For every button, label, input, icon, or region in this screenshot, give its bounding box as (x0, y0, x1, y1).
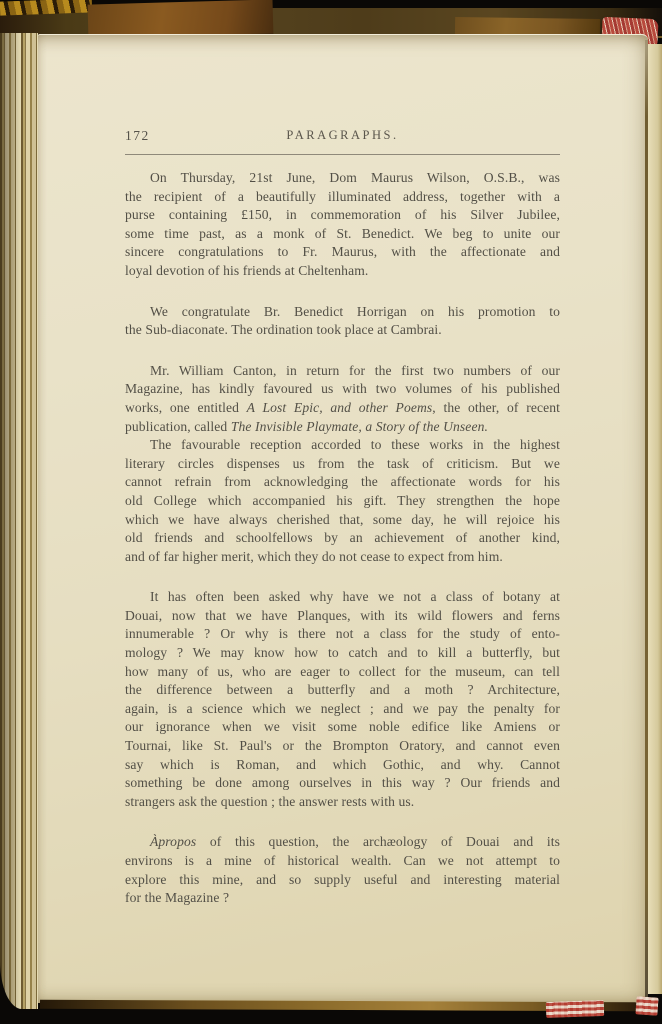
checkered-ribbon-corner (635, 996, 658, 1015)
text-segment: publication, called (125, 419, 231, 434)
text-line: loyal devotion of his friends at Chelten… (125, 262, 560, 281)
text-line: the Sub-diaconate. The ordination took p… (125, 321, 560, 340)
text-segment: of this question, the archæology of Doua… (196, 834, 560, 849)
text-line: Douai, now that we have Planques, with i… (125, 607, 560, 626)
printed-area: 172 PARAGRAPHS. On Thursday, 21st June, … (38, 35, 648, 908)
book-page: 172 PARAGRAPHS. On Thursday, 21st June, … (38, 34, 648, 1003)
text-line: again, is a science which we neglect ; a… (125, 700, 560, 719)
text-line: On Thursday, 21st June, Dom Maurus Wilso… (125, 169, 560, 188)
text-segment: and of far higher merit, which they do n… (125, 549, 503, 564)
text-line: for the Magazine ? (125, 889, 560, 908)
text-line: the recipient of a beautifully illuminat… (125, 188, 560, 207)
text-line: cannot refrain from acknowledging the af… (125, 473, 560, 492)
paragraph: The favourable reception accorded to the… (125, 436, 560, 566)
paragraph: Àpropos of this question, the archæology… (125, 833, 560, 907)
text-line: say which is Roman, and which Gothic, an… (125, 756, 560, 775)
text-segment: Douai, now that we have Planques, with i… (125, 608, 560, 623)
text-segment: sincere congratulations to Fr. Maurus, w… (125, 244, 560, 259)
paragraph: On Thursday, 21st June, Dom Maurus Wilso… (125, 169, 560, 281)
text-line: old College which accompanied his gift. … (125, 492, 560, 511)
running-header: PARAGRAPHS. (125, 128, 560, 143)
paragraph: It has often been asked why have we not … (125, 588, 560, 811)
text-segment: the Sub-diaconate. The ordination took p… (125, 322, 442, 337)
text-segment: It has often been asked why have we not … (150, 589, 560, 604)
text-line: We congratulate Br. Benedict Horrigan on… (125, 303, 560, 322)
text-line: sincere congratulations to Fr. Maurus, w… (125, 243, 560, 262)
text-segment: works, one entitled (125, 400, 247, 415)
text-segment: our ignorance when we visit some noble e… (125, 719, 560, 734)
text-segment: literary circles dispenses us from the t… (125, 456, 560, 471)
text-segment: purse containing £150, in commemoration … (125, 207, 560, 222)
stacked-page-edges-left (0, 33, 38, 1009)
text-line: Mr. William Canton, in return for the fi… (125, 362, 560, 381)
text-segment: , the other, of recent (432, 400, 560, 415)
text-segment: environs is a mine of historical wealth.… (125, 853, 560, 868)
text-segment: Mr. William Canton, in return for the fi… (150, 363, 560, 378)
text-line: literary circles dispenses us from the t… (125, 455, 560, 474)
text-line: the difference between a butterfly and a… (125, 681, 560, 700)
text-segment: some time past, as a monk of St. Benedic… (125, 226, 560, 241)
text-line: strangers ask the question ; the answer … (125, 793, 560, 812)
header-rule (125, 154, 560, 155)
text-line: some time past, as a monk of St. Benedic… (125, 225, 560, 244)
text-line: innumerable ? Or why is there not a clas… (125, 625, 560, 644)
text-line: Tournai, like St. Paul's or the Brompton… (125, 737, 560, 756)
text-line: purse containing £150, in commemoration … (125, 206, 560, 225)
text-segment: the recipient of a beautifully illuminat… (125, 189, 560, 204)
text-line: how many of us, who are eager to collect… (125, 663, 560, 682)
text-segment: mology ? We may know how to catch and to… (125, 645, 560, 660)
text-line: works, one entitled A Lost Epic, and oth… (125, 399, 560, 418)
text-line: environs is a mine of historical wealth.… (125, 852, 560, 871)
text-block: On Thursday, 21st June, Dom Maurus Wilso… (125, 169, 560, 908)
text-line: publication, called The Invisible Playma… (125, 418, 560, 437)
text-line: The favourable reception accorded to the… (125, 436, 560, 455)
text-segment: On Thursday, 21st June, Dom Maurus Wilso… (150, 170, 560, 185)
text-line: something be done among ourselves in thi… (125, 774, 560, 793)
text-line: It has often been asked why have we not … (125, 588, 560, 607)
paragraph: Mr. William Canton, in return for the fi… (125, 362, 560, 436)
text-line: our ignorance when we visit some noble e… (125, 718, 560, 737)
text-line: Magazine, has kindly favoured us with tw… (125, 380, 560, 399)
text-segment: for the Magazine ? (125, 890, 229, 905)
text-segment: The favourable reception accorded to the… (150, 437, 560, 452)
text-segment: how many of us, who are eager to collect… (125, 664, 560, 679)
text-segment: Magazine, has kindly favoured us with tw… (125, 381, 560, 396)
checkered-ribbon-bottom (546, 1000, 605, 1018)
text-segment: say which is Roman, and which Gothic, an… (125, 757, 560, 772)
text-segment: The Invisible Playmate, a Story of the U… (231, 419, 488, 434)
text-line: mology ? We may know how to catch and to… (125, 644, 560, 663)
text-segment: A Lost Epic, and other Poems (247, 400, 433, 415)
text-segment: which we have always cherished that, som… (125, 512, 560, 527)
text-segment: Tournai, like St. Paul's or the Brompton… (125, 738, 560, 753)
text-segment: strangers ask the question ; the answer … (125, 794, 414, 809)
text-segment: Àpropos (150, 834, 196, 849)
text-segment: old College which accompanied his gift. … (125, 493, 560, 508)
text-line: explore this mine, and so supply useful … (125, 871, 560, 890)
scanned-book-photo: 172 PARAGRAPHS. On Thursday, 21st June, … (0, 0, 662, 1024)
text-segment: the difference between a butterfly and a… (125, 682, 560, 697)
text-line: old friends and schoolfellows by an achi… (125, 529, 560, 548)
next-page-edge (648, 44, 662, 994)
text-line: Àpropos of this question, the archæology… (125, 833, 560, 852)
text-segment: cannot refrain from acknowledging the af… (125, 474, 560, 489)
text-segment: something be done among ourselves in thi… (125, 775, 560, 790)
paragraph: We congratulate Br. Benedict Horrigan on… (125, 303, 560, 340)
text-segment: old friends and schoolfellows by an achi… (125, 530, 560, 545)
page-header: 172 PARAGRAPHS. (125, 128, 560, 145)
text-segment: loyal devotion of his friends at Chelten… (125, 263, 368, 278)
text-segment: explore this mine, and so supply useful … (125, 872, 560, 887)
text-line: which we have always cherished that, som… (125, 511, 560, 530)
text-segment: again, is a science which we neglect ; a… (125, 701, 560, 716)
text-line: and of far higher merit, which they do n… (125, 548, 560, 567)
text-segment: innumerable ? Or why is there not a clas… (125, 626, 560, 641)
text-segment: We congratulate Br. Benedict Horrigan on… (150, 304, 560, 319)
